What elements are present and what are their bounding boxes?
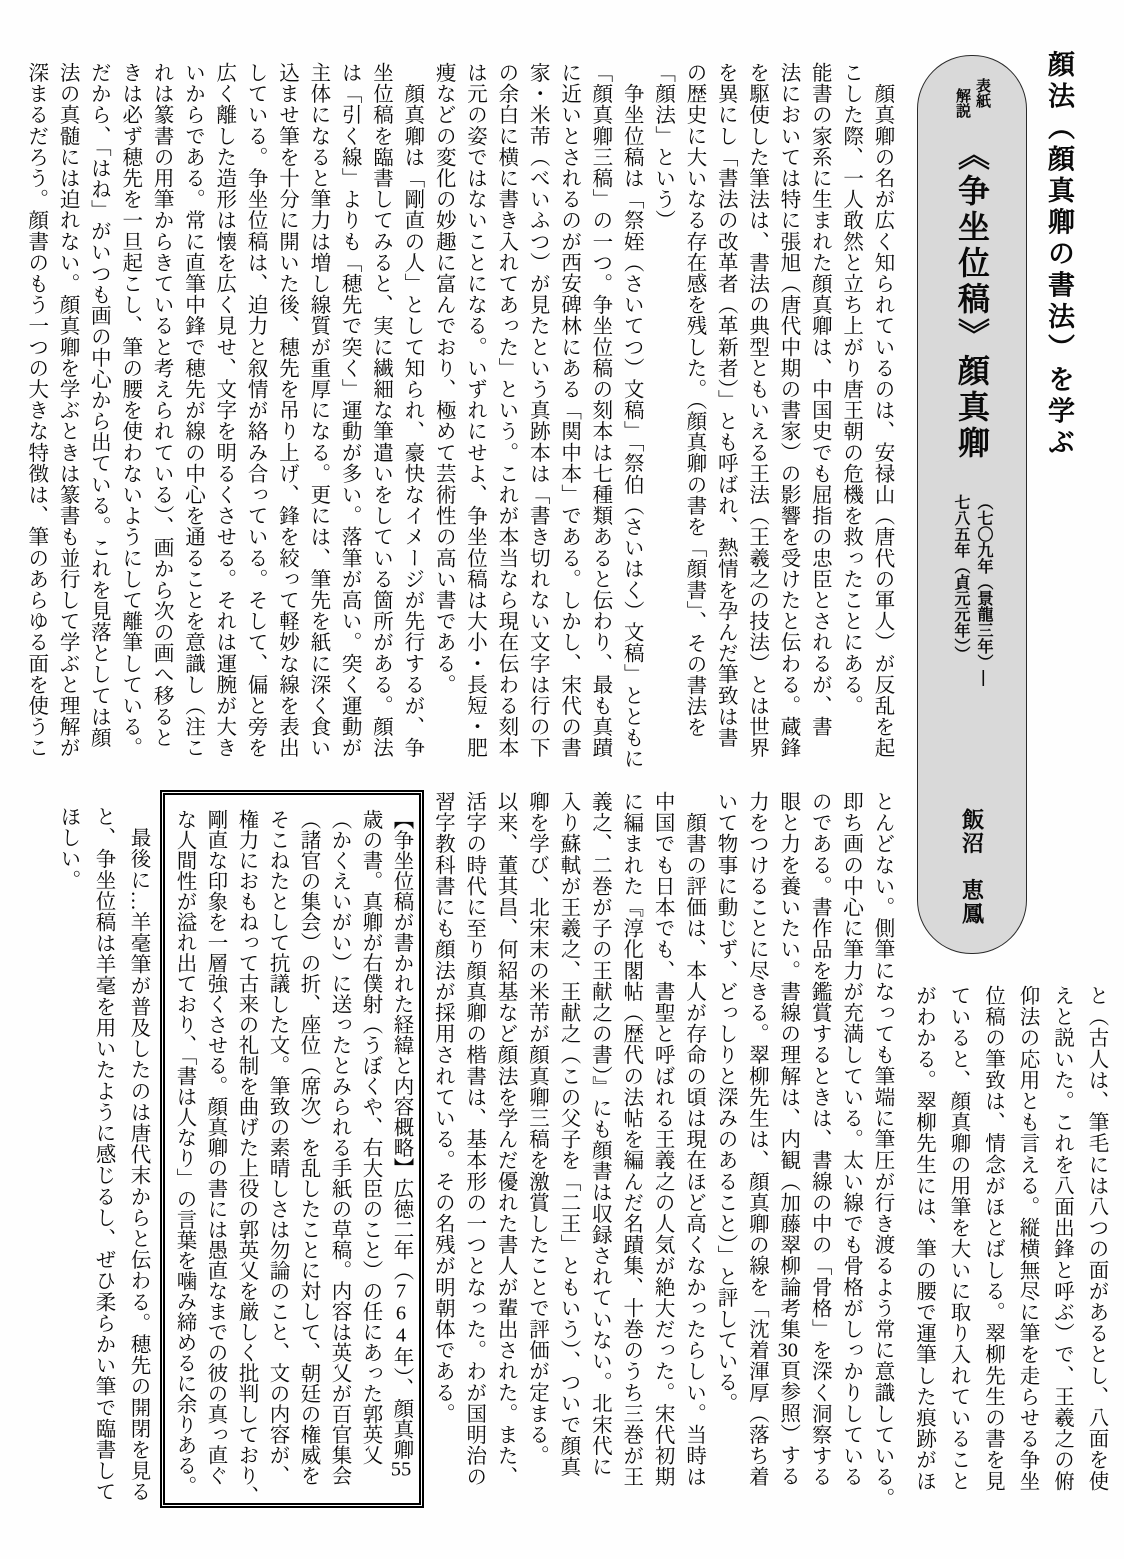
life-dates: （七〇九年（景龍三年）― 七八五年（貞元元年））	[949, 494, 995, 686]
tate-chu-yoko-number: 30	[777, 1340, 799, 1361]
text-column: 卿を学び、北宋末の米芾が顔真卿三稿を激賞したことで評価が定まる。	[520, 791, 551, 1556]
header-box-label: 表紙 解説	[952, 78, 992, 118]
text-column: 法の真髄には迫れない。顔真卿を学ぶときは篆書も並行して学ぶと理解が	[51, 62, 82, 786]
text-column: な人間性が溢れ出ており、「書は人なり」の言葉を噛み締めるに余りある。	[168, 809, 199, 1499]
life-dates-line2: 七八五年（貞元元年））	[949, 494, 972, 686]
text-column: いて物事に動じず、どっしりと深みのあること）」と評している。	[709, 791, 740, 1556]
text-column: れは篆書の用筆からきていると考えられている）、画から次の画へ移ると	[145, 62, 176, 786]
text-column: 義之、二巻が子の王献之の書）』にも顔書は収録されていない。北宋代に	[583, 791, 614, 1556]
text-column: 広く離した造形は懐を広く見せ、文字を明るくさせる。それは運腕が大き	[207, 62, 238, 786]
text-column: 「顔法」という）	[646, 62, 677, 786]
text-column: している。争坐位稿は、迫力と叙情が絡み合っている。そして、偏と旁を	[239, 62, 270, 786]
text-column: 最後に…羊毫筆が普及したのは唐代末からと伝わる。穂先の開閉を見る	[120, 806, 155, 1556]
text-column: 位稿の筆致は、情念がほとばしる。翠柳先生の書を見	[975, 985, 1010, 1500]
text-column: は「引く線」よりも「穂先で突く」運動が多い。落筆が高い。突く運動が	[333, 62, 364, 786]
text-column: 活字の時代に至り顔真卿の楷書は、基本形の一つとなった。わが国明治の	[457, 791, 488, 1556]
text-column: ていると、顔真卿の用筆を大いに取り入れていること	[941, 985, 976, 1500]
continuation-text-block: と（古人は、筆毛には八つの面があるとし、八面を使 えと説いた。これを八面出鋒と呼…	[906, 985, 1113, 1500]
text-column: （諸官の集会）の折、座位（席次）を乱したことに対して、朝廷の権威を	[292, 809, 323, 1499]
text-column: 眼と力を養いたい。書線の理解は、内観（加藤翠柳論考集30頁参照）する	[771, 791, 802, 1556]
text-column: 歳の書。真卿が右僕射（うぼくや、右大臣のこと）の任にあった郭英乂	[354, 809, 385, 1499]
text-column: 即ち画の中心に筆力が充満している。太い線でも骨格がしっかりしている	[834, 791, 865, 1556]
text-column: のである。書作品を鑑賞するときは、書線の中の「骨格」を深く洞察する	[803, 791, 834, 1556]
header-box-label-line1: 表紙	[972, 78, 992, 118]
text-column: 権力におもねって古来の礼制を曲げた上役の郭英乂を厳しく批判しており、	[230, 809, 261, 1499]
tate-chu-yoko-number: 55	[390, 1459, 412, 1480]
note-box-text-block: 【争坐位稿が書かれた経緯と内容概略】広徳二年（764年）、顔真卿55 歳の書。真…	[168, 809, 416, 1499]
text-column: 以来、董其昌、何紹基など顔法を学んだ優れた書人が輩出された。また、	[489, 791, 520, 1556]
text-column: ほしい。	[50, 806, 85, 1556]
text-column: えと説いた。これを八面出鋒と呼ぶ）で、王羲之の俯	[1044, 985, 1079, 1500]
text-column: に近いとされるのが西安碑林にある「関中本」である。しかし、宋代の書	[552, 62, 583, 786]
text-column: を駆使した筆法は、書法の典型ともいえる王法（王羲之の技法）とは世界	[740, 62, 771, 786]
text-column: 法においては特に張旭（唐代中期の書家）の影響を受けたと伝わる。蔵鋒	[772, 62, 803, 786]
note-box: 【争坐位稿が書かれた経緯と内容概略】広徳二年（764年）、顔真卿55 歳の書。真…	[160, 790, 424, 1508]
text-column: 顔真卿は「剛直の人」として知られ、豪快なイメージが先行するが、争	[396, 62, 427, 786]
text-column: に編まれた『淳化閣帖（歴代の法帖を編んだ名蹟集、十巻のうち三巻が王	[614, 791, 645, 1556]
text-run: 頁参照）する	[777, 1360, 799, 1487]
text-column: こした際、一人敢然と立ち上がり唐王朝の危機を救ったことにある。	[834, 62, 865, 786]
text-column: 込ませ筆を十分に開いた後、穂先を吊り上げ、鋒を絞って軽妙な線を表出	[270, 62, 301, 786]
text-column: 剛直な印象を一層強くさせる。顔真卿の書には愚直なまでの彼の真っ直ぐ	[199, 809, 230, 1499]
text-column: 痩などの変化の妙趣に富んでおり、極めて芸術性の高い書である。	[427, 62, 458, 786]
text-column: いからである。常に直筆中鋒で穂先が線の中心を通ることを意識し（注こ	[176, 62, 207, 786]
text-column: 【争坐位稿が書かれた経緯と内容概略】広徳二年（764年）、顔真卿55	[385, 809, 416, 1499]
text-run: 眼と力を養いたい。書線の理解は、内観（加藤翠柳論考集	[777, 791, 799, 1340]
text-column: を異にし「書法の改革者（革新者）」とも呼ばれ、熱情を孕んだ筆致は書	[709, 62, 740, 786]
header-box-label-line2: 解説	[952, 78, 972, 118]
text-column: の歴史に大いなる存在感を残した。（顔真卿の書を「顔書」、その書法を	[678, 62, 709, 786]
text-column: 仰法の応用とも言える。縦横無尽に筆を走らせる争坐	[1010, 985, 1045, 1500]
text-column: （かくえいがい）に送ったとみられる手紙の草稿。内容は英乂が百官集会	[323, 809, 354, 1499]
text-column: は元の姿ではないことになる。いずれにせよ、争坐位稿は大小・長短・肥	[458, 62, 489, 786]
text-column: 顔書の評価は、本人が存命の頃は現在ほど高くなかったらしい。当時は	[677, 791, 708, 1556]
text-column: 入り蘇軾が王羲之、王献之（この父子を「二王」ともいう）、ついで顔真	[552, 791, 583, 1556]
bottom-main-text-block: とんどない。側筆になっても筆端に筆圧が行き渡るよう常に意識している。 即ち画の中…	[426, 791, 897, 1556]
text-run: 【争坐位稿が書かれた経緯と内容概略】広徳二年（	[390, 809, 412, 1281]
text-column: と（古人は、筆毛には八つの面があるとし、八面を使	[1079, 985, 1114, 1500]
text-run: 年）、顔真卿	[390, 1347, 412, 1460]
text-column: がわかる。翠柳先生には、筆の腰で運筆した痕跡がほ	[906, 985, 941, 1500]
text-column: 争坐位稿は「祭姪（さいてつ）文稿」「祭伯（さいはく）文稿」とともに	[615, 62, 646, 786]
author-name: 飯沼 恵鳳	[957, 808, 988, 926]
text-column: きは必ず穂先を一旦起こし、筆の腰を使わないようにして離筆している。	[113, 62, 144, 786]
text-column: そこねたとして抗議した文。筆致の素晴しさは勿論のこと、文の内容が、	[261, 809, 292, 1499]
text-column: 習字教科書にも顔法が採用されている。その名残が明朝体である。	[426, 791, 457, 1556]
text-column: 家・米芾（べいふつ）が見たという真跡本は「書き切れない文字は行の下	[521, 62, 552, 786]
text-column: 顔真卿の名が広く知られているのは、安禄山（唐代の軍人）が反乱を起	[866, 62, 897, 786]
top-text-block: 顔真卿の名が広く知られているのは、安禄山（唐代の軍人）が反乱を起 こした際、一人…	[19, 62, 897, 786]
text-column: 坐位稿を臨書してみると、実に繊細な筆遣いをしている箇所がある。顔法	[364, 62, 395, 786]
text-column: 力をつけることに尽きる。翠柳先生は、顔真卿の線を「沈着渾厚（落ち着	[740, 791, 771, 1556]
upright-number: 764	[390, 1281, 412, 1347]
text-column: の余白に横に書き入れてあった」という。これが本当なら現在伝わる刻本	[490, 62, 521, 786]
text-column: 主体になると筆力は増し線質が重厚になる。更には、筆先を紙に深く食い	[301, 62, 332, 786]
text-column: だから、「はね」がいつも画の中心から出ている。これを見落としては顔	[82, 62, 113, 786]
text-column: 能書の家系に生まれた顔真卿は、中国史でも屈指の忠臣とされるが、書	[803, 62, 834, 786]
text-column: 「顔真卿三稿」の一つ。争坐位稿の刻本は七種類あると伝わり、最も真蹟	[584, 62, 615, 786]
text-column: とんどない。側筆になっても筆端に筆圧が行き渡るよう常に意識している。	[866, 791, 897, 1556]
text-column: 中国でも日本でも、書聖と呼ばれる王義之の人気が絶大だった。宋代初期	[646, 791, 677, 1556]
document-page: 顔法（顔真卿の書法）を学ぶ 表紙 解説 《争坐位稿》顔真卿 （七〇九年（景龍三年…	[0, 0, 1124, 1559]
header-box: 表紙 解説 《争坐位稿》顔真卿 （七〇九年（景龍三年）― 七八五年（貞元元年））…	[917, 55, 1027, 954]
work-title: 《争坐位稿》顔真卿	[949, 138, 995, 462]
text-column: 深まるだろう。顔書のもう一つの大きな特徴は、筆のあらゆる面を使うこ	[19, 62, 50, 786]
page-title: 顔法（顔真卿の書法）を学ぶ	[1040, 50, 1079, 520]
text-column: と、争坐位稿は羊毫を用いたように感じるし、ぜひ柔らかい筆で臨書して	[85, 806, 120, 1556]
closing-text-block: 最後に…羊毫筆が普及したのは唐代末からと伝わる。穂先の開閉を見る と、争坐位稿は…	[50, 806, 155, 1556]
life-dates-line1: （七〇九年（景龍三年）―	[972, 494, 995, 686]
